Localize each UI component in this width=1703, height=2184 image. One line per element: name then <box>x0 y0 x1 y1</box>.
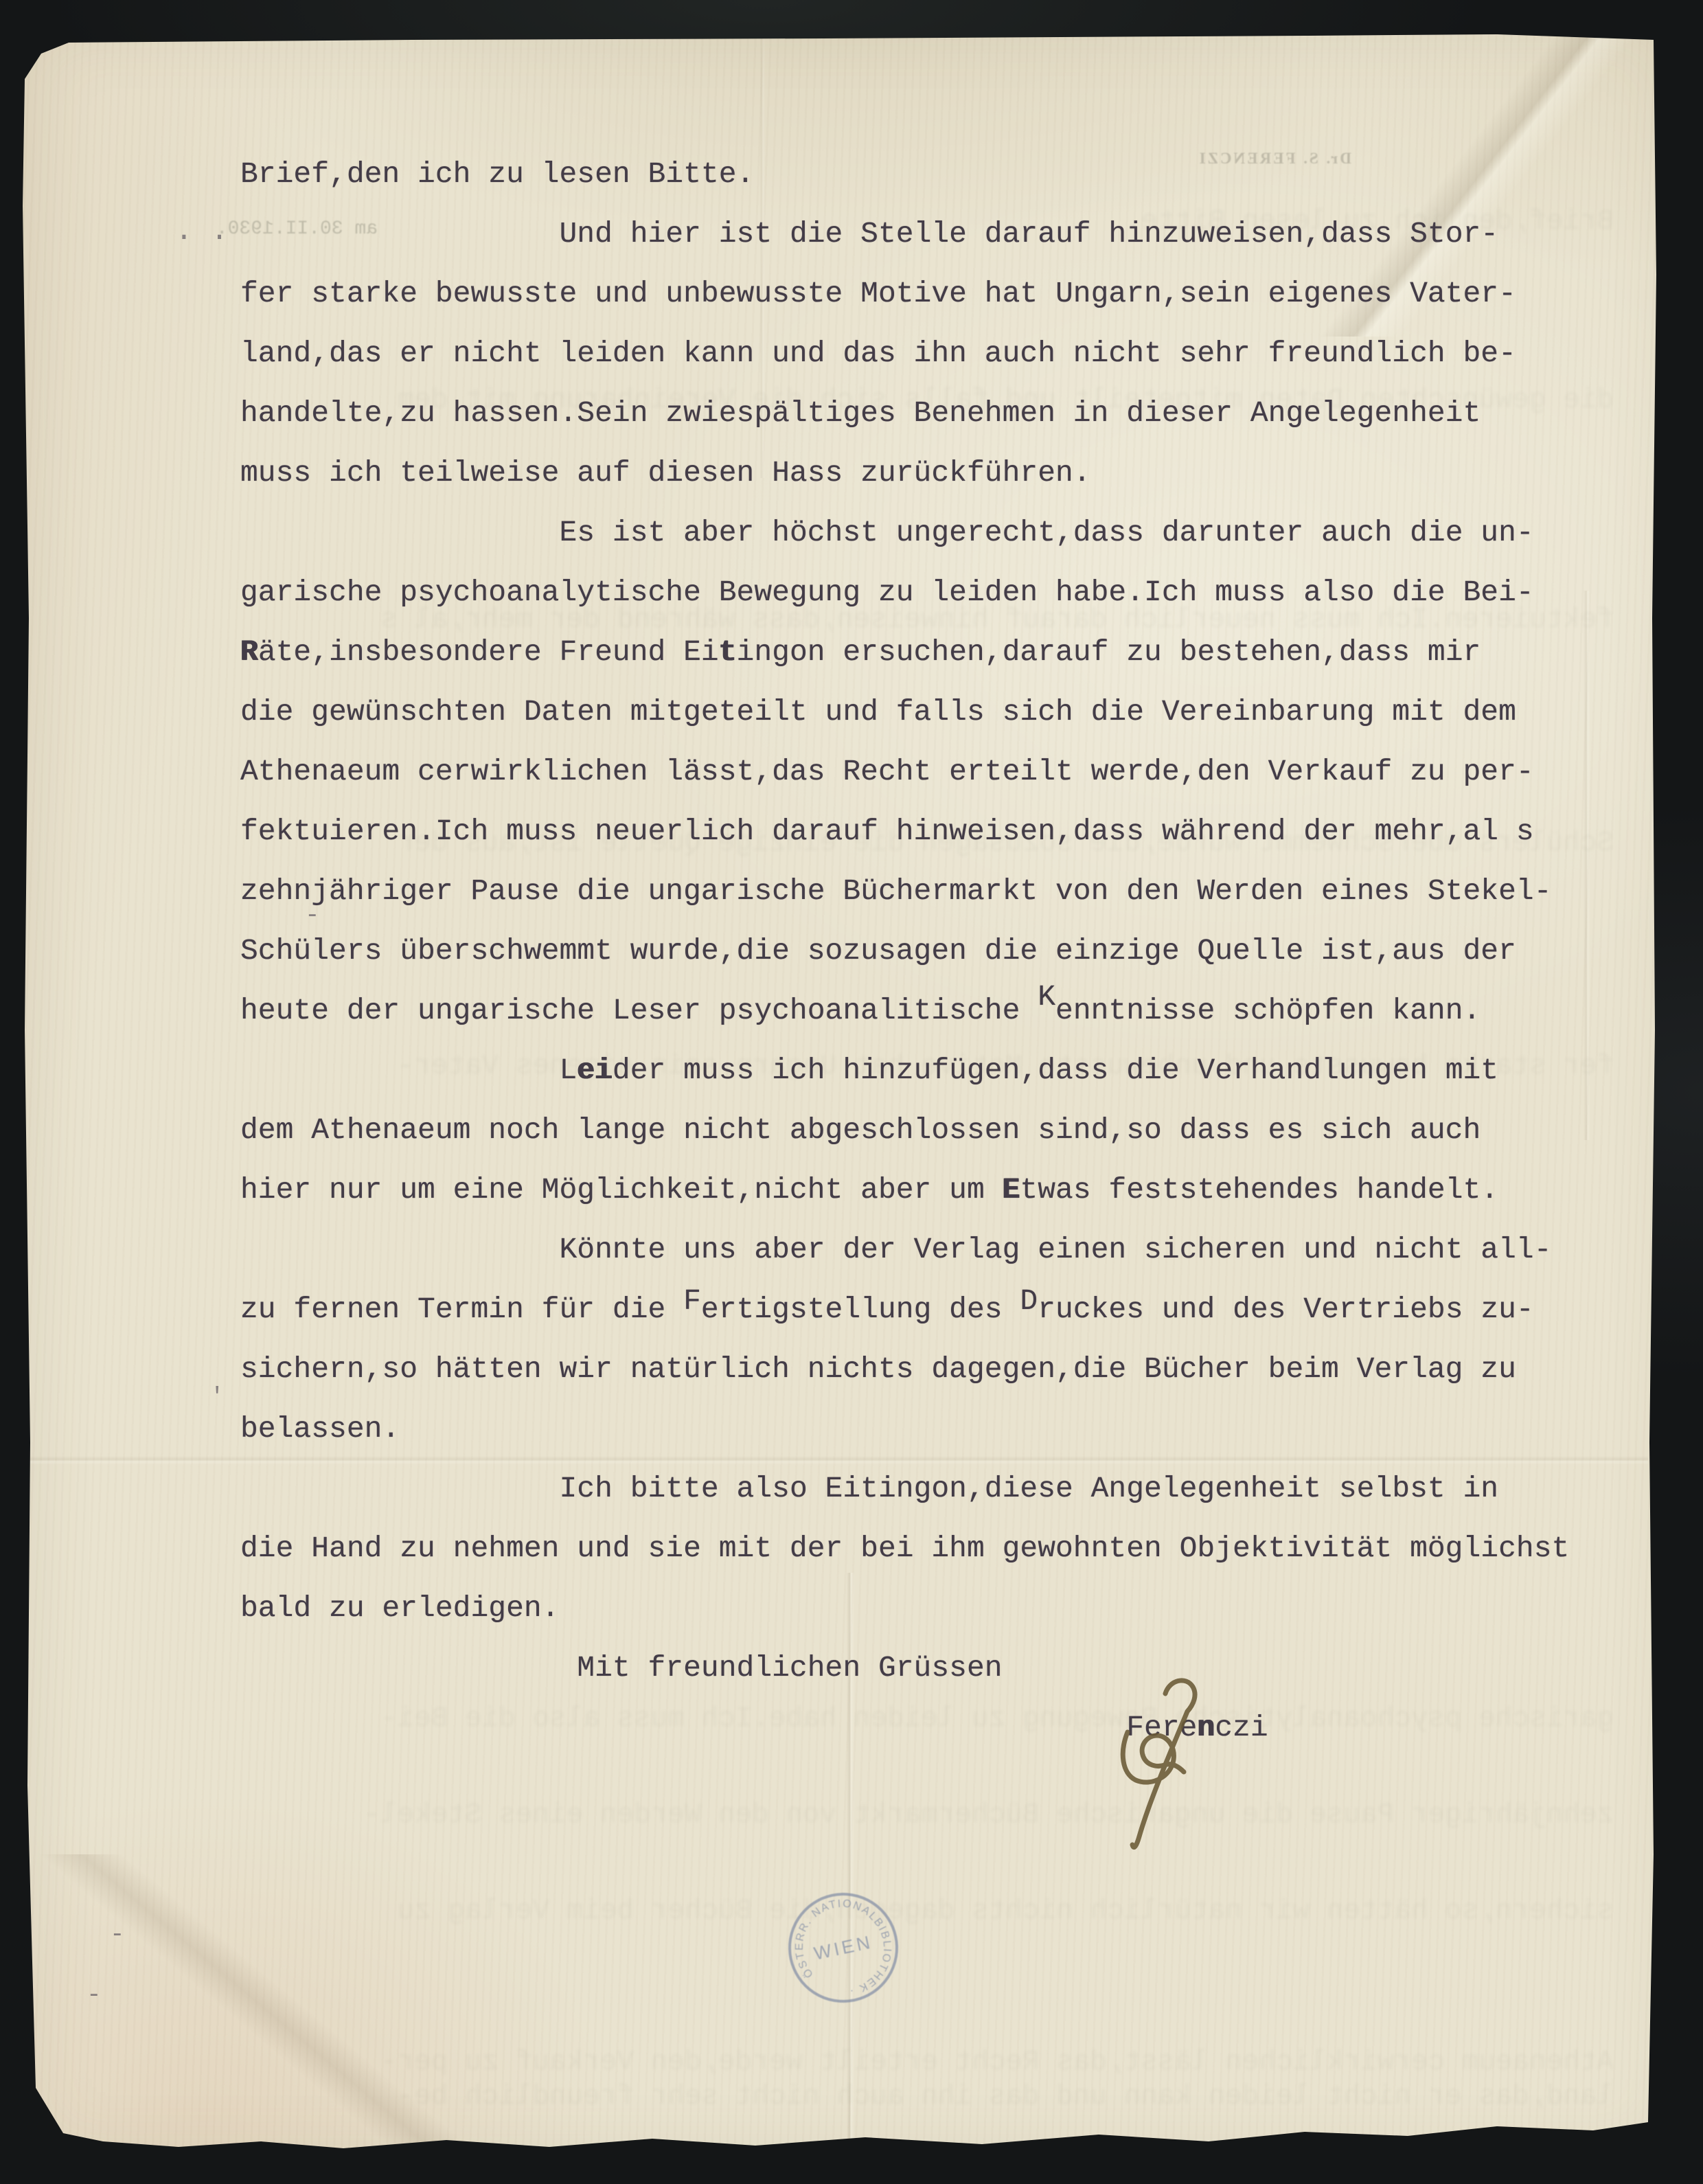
letter-text: bald zu erledigen. <box>240 1591 559 1625</box>
letter-text: ruckes und des Vertriebs zu- <box>1038 1293 1534 1326</box>
stray-mark: - <box>110 1920 125 1948</box>
letter-text: F <box>683 1284 701 1318</box>
letter-text: Brief,den ich zu lesen Bitte. <box>240 157 754 191</box>
letter-line: hier nur um eine Möglichkeit,nicht aber … <box>240 1160 1655 1220</box>
letter-text: land,das er nicht leiden kann und das ih… <box>240 337 1516 370</box>
letter-text: die gewünschten Daten mitgeteilt und fal… <box>240 695 1516 729</box>
showthrough-line: land,das er nicht leiden kann und das ih… <box>82 2081 1614 2113</box>
letter-line: Schülers überschwemmt wurde,die sozusage… <box>240 921 1655 981</box>
letter-line: heute der ungarische Leser psychoanaliti… <box>240 981 1655 1040</box>
letter-text: ingon ersuchen,darauf zu bestehen,dass m… <box>737 635 1481 669</box>
letter-line: garische psychoanalytische Bewegung zu l… <box>240 562 1655 622</box>
letter-text: Mit freundlichen Grüssen <box>577 1651 1002 1685</box>
letter-line: die gewünschten Daten mitgeteilt und fal… <box>240 682 1655 742</box>
letter-text: R <box>240 635 258 669</box>
letter-line: Es ist aber höchst ungerecht,dass darunt… <box>240 503 1655 562</box>
letter-text: twas feststehendes handelt. <box>1020 1173 1498 1207</box>
letter-text: dem Athenaeum noch lange nicht abgeschlo… <box>240 1113 1481 1147</box>
showthrough-line: zehnjähriger Pause die ungarische Bücher… <box>82 1799 1614 1831</box>
letter-text: fer starke bewusste und unbewusste Motiv… <box>240 277 1516 310</box>
letter-line: fer starke bewusste und unbewusste Motiv… <box>240 264 1655 323</box>
letter-text: muss ich teilweise auf diesen Hass zurüc… <box>240 456 1091 490</box>
signature-flourish <box>1099 1662 1250 1875</box>
letter-text: Ich bitte also Eitingon,diese Angelegenh… <box>559 1472 1498 1505</box>
letter-text: Könnte uns aber der Verlag einen sichere… <box>559 1233 1551 1266</box>
letter-line: Ferenczi <box>240 1698 1655 1758</box>
letter-line: handelte,zu hassen.Sein zwiespältiges Be… <box>240 383 1655 443</box>
letter-line: dem Athenaeum noch lange nicht abgeschlo… <box>240 1100 1655 1160</box>
letter-line: die Hand zu nehmen und sie mit der bei i… <box>240 1518 1655 1578</box>
letter-line: belassen. <box>240 1399 1655 1459</box>
letter-line: Mit freundlichen Grüssen <box>240 1638 1655 1698</box>
letter-text: äte,insbesondere Freund Ei <box>258 635 719 669</box>
letter-line: Ich bitte also Eitingon,diese Angelegenh… <box>240 1459 1655 1518</box>
letter-line: Brief,den ich zu lesen Bitte. <box>240 144 1655 204</box>
letter-text: zehnjähriger Pause die ungarische Bücher… <box>240 874 1552 908</box>
letter-text: die Hand zu nehmen und sie mit der bei i… <box>240 1532 1569 1565</box>
letter-line: Könnte uns aber der Verlag einen sichere… <box>240 1220 1655 1279</box>
letter-text: heute der ungarische Leser psychoanaliti… <box>240 994 1038 1027</box>
letter-text: fektuieren.Ich muss neuerlich darauf hin… <box>240 815 1534 848</box>
letter-line: Und hier ist die Stelle darauf hinzuweis… <box>240 204 1655 264</box>
letter-text: hier nur um eine Möglichkeit,nicht aber … <box>240 1173 1003 1207</box>
letter-line: muss ich teilweise auf diesen Hass zurüc… <box>240 443 1655 503</box>
stray-mark: - <box>87 1981 102 2009</box>
letter-line: fektuieren.Ich muss neuerlich darauf hin… <box>240 801 1655 861</box>
letter-text: enntnisse schöpfen kann. <box>1055 994 1481 1027</box>
letter-body: Brief,den ich zu lesen Bitte. Und hier i… <box>240 144 1655 1758</box>
letter-page: Dr. S. FERENCZI am 30.II.1930. Brief,den… <box>0 0 1703 2184</box>
letter-text: sichern,so hätten wir natürlich nichts d… <box>240 1352 1516 1386</box>
letter-text: L <box>559 1054 577 1087</box>
stray-mark: ' <box>210 1385 224 1411</box>
letter-text: zu fernen Termin für die <box>240 1293 683 1326</box>
letter-text: ertigstellung des <box>701 1293 1020 1326</box>
letter-text: D <box>1020 1284 1038 1318</box>
letter-text: Es ist aber höchst ungerecht,dass darunt… <box>559 516 1533 549</box>
letter-text: ei <box>577 1054 613 1087</box>
library-stamp: ÖSTERR. NATIONALBIBLIOTHEK · WIEN <box>772 1876 915 2020</box>
letter-text: K <box>1038 980 1055 1014</box>
letter-line: Leider muss ich hinzufügen,dass die Verh… <box>240 1040 1655 1100</box>
letter-text: Schülers überschwemmt wurde,die sozusage… <box>240 934 1516 968</box>
letter-text: belassen. <box>240 1412 400 1446</box>
letter-line: land,das er nicht leiden kann und das ih… <box>240 323 1655 383</box>
letter-line: Räte,insbesondere Freund Eitingon ersuch… <box>240 622 1655 682</box>
letter-text: Athenaeum cerwirklichen lässt,das Recht … <box>240 755 1534 788</box>
letter-line: bald zu erledigen. <box>240 1578 1655 1638</box>
letter-line: sichern,so hätten wir natürlich nichts d… <box>240 1339 1655 1399</box>
showthrough-line: Athenaeum cerwirklichen lässt,das Recht … <box>82 2047 1614 2078</box>
letter-text: t <box>719 635 737 669</box>
letter-text: Und hier ist die Stelle darauf hinzuweis… <box>559 217 1498 251</box>
letter-text: E <box>1003 1173 1020 1207</box>
letter-text: der muss ich hinzufügen,dass die Verhand… <box>613 1054 1498 1087</box>
letter-line: Athenaeum cerwirklichen lässt,das Recht … <box>240 742 1655 801</box>
bottom-left-crease <box>21 1854 501 2157</box>
stamp-center-text: WIEN <box>812 1931 875 1964</box>
letter-text: garische psychoanalytische Bewegung zu l… <box>240 576 1534 609</box>
letter-text: handelte,zu hassen.Sein zwiespältiges Be… <box>240 396 1481 430</box>
letter-line: zu fernen Termin für die Fertigstellung … <box>240 1279 1655 1339</box>
letter-line: zehnjähriger Pause die ungarische Bücher… <box>240 861 1655 921</box>
